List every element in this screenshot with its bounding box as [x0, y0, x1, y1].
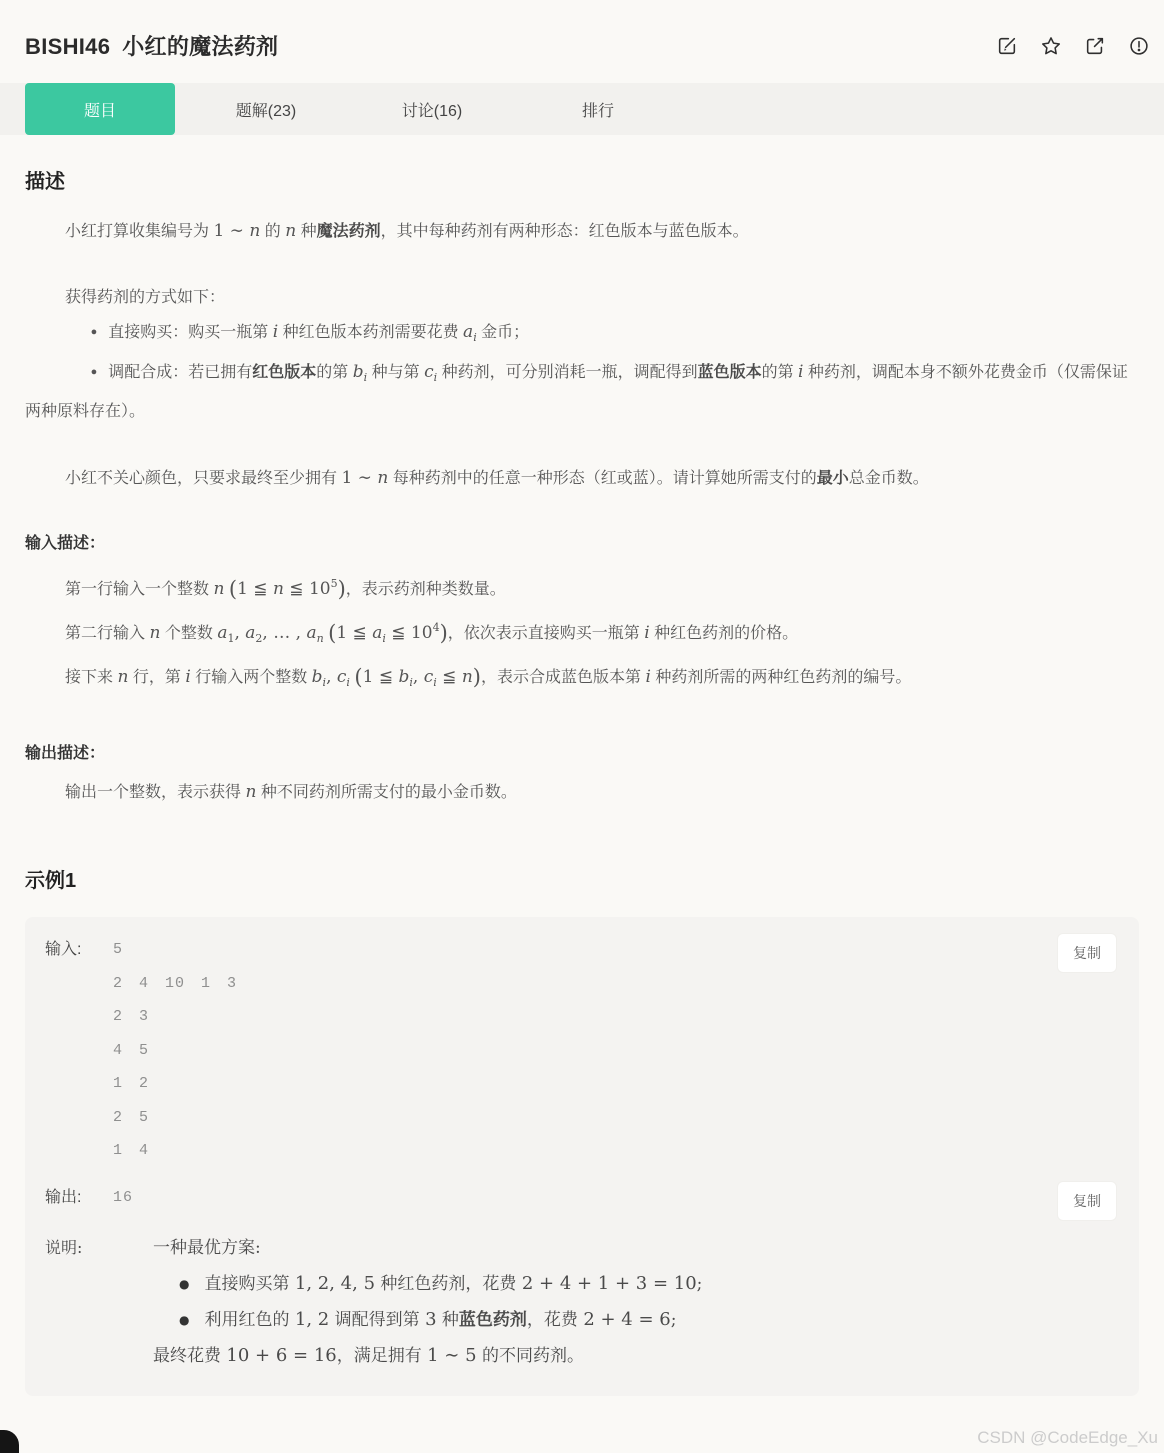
note-final: 最终花费 10 + 6 = 16，满足拥有 1 ∼ 5 的不同药剂。 — [153, 1338, 1119, 1374]
tab-problem[interactable]: 题目 — [25, 83, 175, 135]
input-desc-heading: 输入描述： — [25, 530, 1139, 553]
description-paragraph-3: 小红不关心颜色，只要求最终至少拥有 1 ∼ n 每种药剂中的任意一种形态（红或蓝… — [25, 461, 1139, 496]
sample-input-label: 输入: — [45, 933, 113, 966]
tab-solutions[interactable]: 题解(23) — [191, 83, 341, 135]
input-desc-line-3: 接下来 n 行，第 i 行输入两个整数 bi, ci (1 ≦ bi, ci ≦… — [25, 658, 1139, 702]
tab-ranking[interactable]: 排行 — [523, 83, 673, 135]
sample-input-value[interactable]: 5 2 4 10 1 3 2 3 4 5 1 2 2 5 1 4 — [113, 933, 1119, 1168]
description-bullet-1: 直接购买：购买一瓶第 i 种红色版本药剂需要花费 ai 金币； — [25, 315, 1139, 355]
corner-widget — [0, 1430, 19, 1453]
problem-content: 描述 小红打算收集编号为 1 ∼ n 的 n 种魔法药剂，其中每种药剂有两种形态… — [0, 165, 1164, 1396]
sample-note-row: 说明: 一种最优方案: 直接购买第 1, 2, 4, 5 种红色药剂，花费 2 … — [45, 1230, 1119, 1374]
problem-code: BISHI46 — [25, 34, 110, 59]
output-desc-line: 输出一个整数，表示获得 n 种不同药剂所需支付的最小金币数。 — [25, 775, 1139, 810]
edit-icon[interactable] — [996, 35, 1018, 57]
watermark: CSDN @CodeEdge_Xu — [977, 1428, 1158, 1448]
external-link-icon[interactable] — [1084, 35, 1106, 57]
problem-page: BISHI46小红的魔法药剂 — [0, 0, 1164, 1396]
sample-output-label: 输出: — [45, 1181, 113, 1214]
note-intro: 一种最优方案: — [153, 1230, 1119, 1266]
problem-name: 小红的魔法药剂 — [122, 34, 278, 59]
copy-output-button[interactable]: 复制 — [1057, 1181, 1117, 1221]
header-actions — [996, 35, 1150, 57]
description-paragraph-2: 获得药剂的方式如下： — [25, 281, 1139, 315]
page-header: BISHI46小红的魔法药剂 — [0, 0, 1164, 83]
input-desc-line-2: 第二行输入 n 个整数 a1, a2, … , an (1 ≦ ai ≦ 104… — [25, 609, 1139, 658]
sample-note-content: 一种最优方案: 直接购买第 1, 2, 4, 5 种红色药剂，花费 2 + 4 … — [113, 1230, 1119, 1374]
note-bullet-2: 利用红色的 1, 2 调配得到第 3 种蓝色药剂，花费 2 + 4 = 6; — [153, 1302, 1119, 1338]
copy-input-button[interactable]: 复制 — [1057, 933, 1117, 973]
page-title: BISHI46小红的魔法药剂 — [25, 30, 278, 61]
tab-discussion[interactable]: 讨论(16) — [357, 83, 507, 135]
example-heading: 示例1 — [25, 864, 1139, 893]
star-icon[interactable] — [1040, 35, 1062, 57]
sample-box: 输入: 5 2 4 10 1 3 2 3 4 5 1 2 2 5 1 4 复制 … — [25, 917, 1139, 1396]
description-bullet-2: 调配合成：若已拥有红色版本的第 bi 种与第 ci 种药剂，可分别消耗一瓶，调配… — [25, 355, 1139, 429]
sample-output-row: 输出: 16 复制 — [45, 1181, 1119, 1215]
sample-input-row: 输入: 5 2 4 10 1 3 2 3 4 5 1 2 2 5 1 4 复制 — [45, 933, 1119, 1168]
report-icon[interactable] — [1128, 35, 1150, 57]
note-bullet-1: 直接购买第 1, 2, 4, 5 种红色药剂，花费 2 + 4 + 1 + 3 … — [153, 1266, 1119, 1302]
tab-bar: 题目 题解(23) 讨论(16) 排行 — [0, 83, 1164, 135]
input-desc-line-1: 第一行输入一个整数 n (1 ≦ n ≦ 105)，表示药剂种类数量。 — [25, 565, 1139, 609]
sample-note-label: 说明: — [45, 1230, 113, 1266]
output-desc-heading: 输出描述： — [25, 740, 1139, 763]
description-paragraph-1: 小红打算收集编号为 1 ∼ n 的 n 种魔法药剂，其中每种药剂有两种形态：红色… — [25, 214, 1139, 249]
sample-output-value[interactable]: 16 — [113, 1181, 1119, 1215]
description-heading: 描述 — [25, 165, 1139, 194]
